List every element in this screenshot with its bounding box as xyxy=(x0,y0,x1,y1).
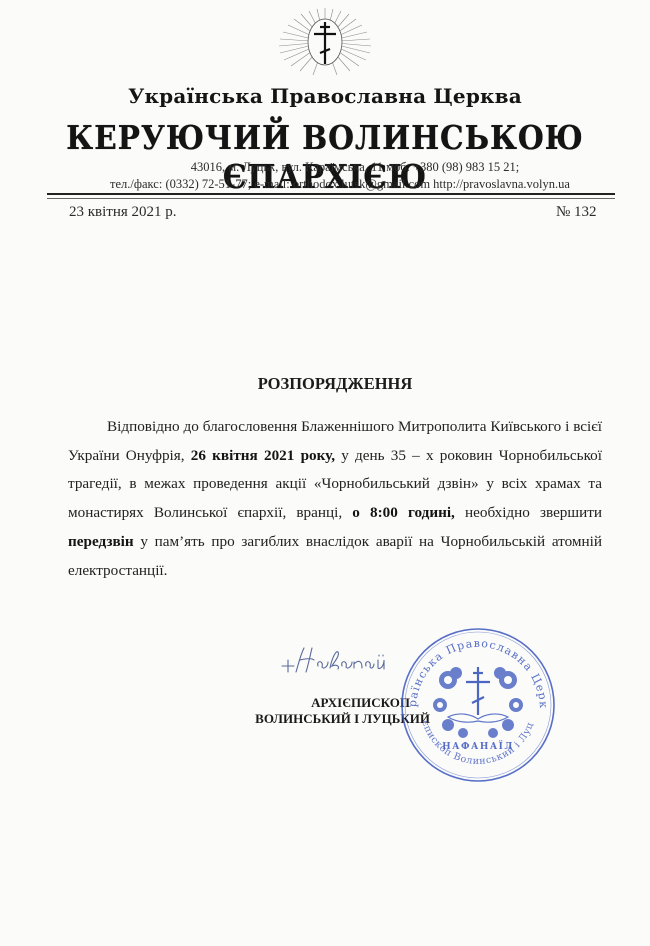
svg-text:Українська Православна Церква: Українська Православна Церква xyxy=(398,625,550,710)
document-title: РОЗПОРЯДЖЕННЯ xyxy=(0,374,650,394)
address-line: 43016, м. Луцьк, вул. Караїмська, 11 моб… xyxy=(0,160,650,175)
church-name: Українська Православна Церква xyxy=(0,84,650,108)
body-text-3: необхідно звершити xyxy=(455,504,602,521)
document-body: Відповідно до благословення Блаженнішого… xyxy=(68,413,602,585)
body-bold-bells: передзвін xyxy=(68,533,134,550)
document-number: № 132 xyxy=(556,204,597,221)
svg-text:НАФАНАЇЛ: НАФАНАЇЛ xyxy=(442,739,514,752)
body-text-4: у пам’ять про загиблих внаслідок аварії … xyxy=(68,533,602,579)
body-bold-time: о 8:00 годині, xyxy=(352,504,455,521)
document-date: 23 квітня 2021 р. xyxy=(69,204,177,221)
header-divider-thin xyxy=(47,198,615,199)
contact-line: тел./факс: (0332) 72-51-77; e-mail: orth… xyxy=(0,177,650,192)
header-divider xyxy=(47,193,615,195)
body-bold-date: 26 квітня 2021 року, xyxy=(191,447,335,464)
handwritten-signature xyxy=(278,640,398,680)
official-stamp-icon: Українська Православна Церква Архієписко… xyxy=(398,625,558,785)
orthodox-cross-radiance-icon xyxy=(270,6,380,76)
